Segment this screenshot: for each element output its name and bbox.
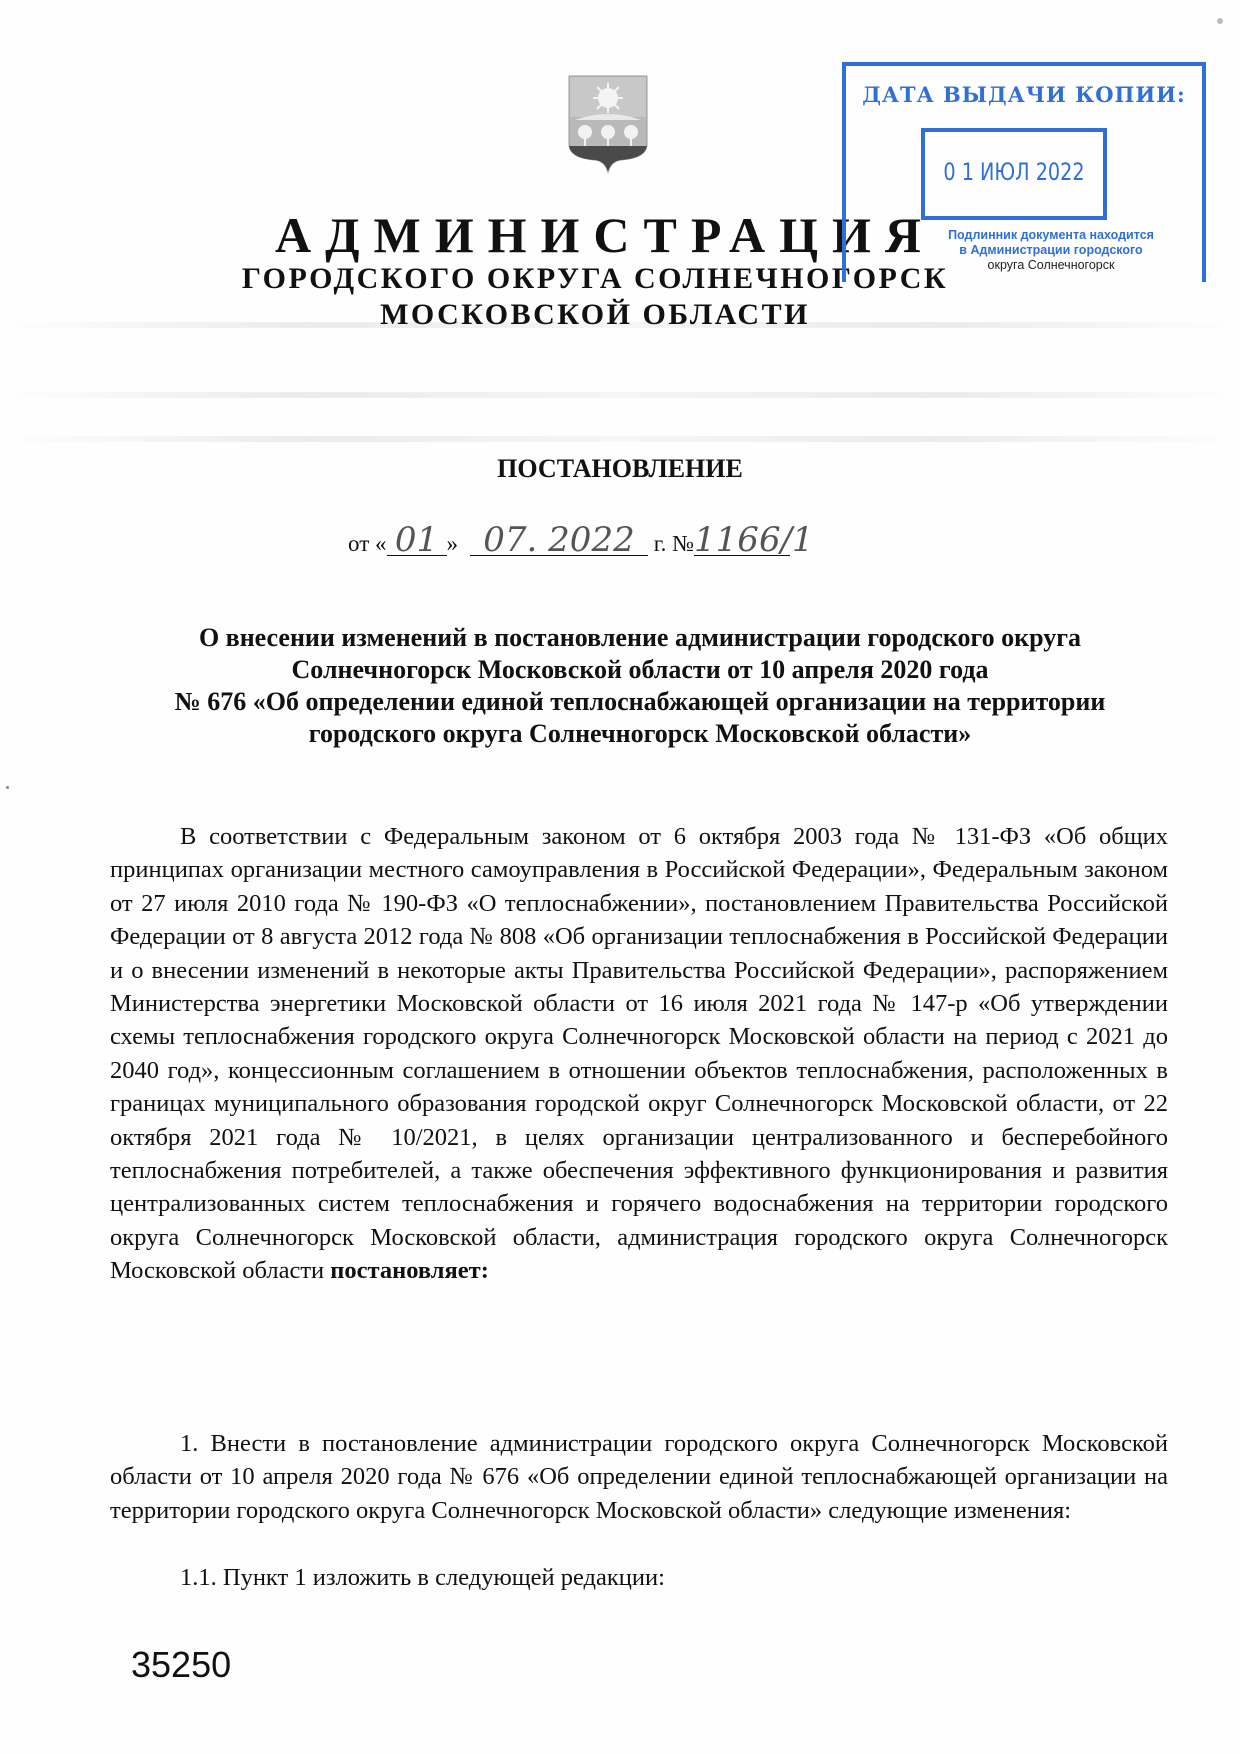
coat-of-arms-icon bbox=[567, 74, 649, 174]
item-1-paragraph: 1. Внести в постановление администрации … bbox=[110, 1427, 1168, 1527]
resolves-keyword: постановляет: bbox=[330, 1257, 489, 1284]
subject-line: О внесении изменений в постановление адм… bbox=[110, 622, 1170, 654]
stamp-note: Подлинник документа находится в Админист… bbox=[906, 228, 1196, 273]
close-quote: » bbox=[447, 531, 459, 556]
handwritten-month-year: 07. 2022 bbox=[470, 525, 648, 556]
year-number-label: г. № bbox=[654, 531, 694, 556]
subject-line: Солнечногорск Московской области от 10 а… bbox=[110, 654, 1170, 686]
from-label: от « bbox=[348, 531, 387, 556]
organization-subtitle-line2: МОСКОВСКОЙ ОБЛАСТИ bbox=[0, 298, 1240, 332]
scan-artifact bbox=[0, 392, 1240, 398]
scan-speck bbox=[1217, 18, 1223, 24]
subject-line: № 676 «Об определении единой теплоснабжа… bbox=[110, 686, 1170, 718]
decree-subject: О внесении изменений в постановление адм… bbox=[110, 622, 1170, 750]
decree-date-line: от «01»07. 2022 г. №1166/1 bbox=[348, 525, 790, 557]
document-page: АДМИНИСТРАЦИЯ ГОРОДСКОГО ОКРУГА СОЛНЕЧНО… bbox=[0, 0, 1240, 1754]
handwritten-day: 01 bbox=[387, 525, 447, 556]
preamble-paragraph: В соответствии с Федеральным законом от … bbox=[110, 820, 1168, 1288]
stamp-title: ДАТА ВЫДАЧИ КОПИИ: bbox=[846, 82, 1202, 107]
document-id-number: 35250 bbox=[131, 1644, 231, 1686]
item-1-1-paragraph: 1.1. Пункт 1 изложить в следующей редакц… bbox=[110, 1561, 1168, 1594]
preamble-text: В соответствии с Федеральным законом от … bbox=[110, 823, 1168, 1284]
subject-line: городского округа Солнечногорск Московск… bbox=[110, 718, 1170, 750]
stamp-date: 0 1 ИЮЛ 2022 bbox=[943, 158, 1085, 186]
stamp-note-line: в Администрации городского bbox=[906, 243, 1196, 258]
item-1-text: 1. Внести в постановление администрации … bbox=[110, 1427, 1168, 1527]
handwritten-decree-number: 1166/1 bbox=[694, 525, 790, 556]
scan-speck bbox=[6, 786, 9, 789]
scan-artifact bbox=[0, 436, 1240, 442]
stamp-note-line: Подлинник документа находится bbox=[906, 228, 1196, 243]
copy-issue-stamp: ДАТА ВЫДАЧИ КОПИИ: 0 1 ИЮЛ 2022 Подлинни… bbox=[842, 62, 1206, 282]
stamp-note-line: округа Солнечногорск bbox=[906, 258, 1196, 273]
item-1-1-text: 1.1. Пункт 1 изложить в следующей редакц… bbox=[110, 1561, 1168, 1594]
decree-title: ПОСТАНОВЛЕНИЕ bbox=[0, 454, 1240, 484]
stamp-date-box: 0 1 ИЮЛ 2022 bbox=[921, 128, 1107, 220]
